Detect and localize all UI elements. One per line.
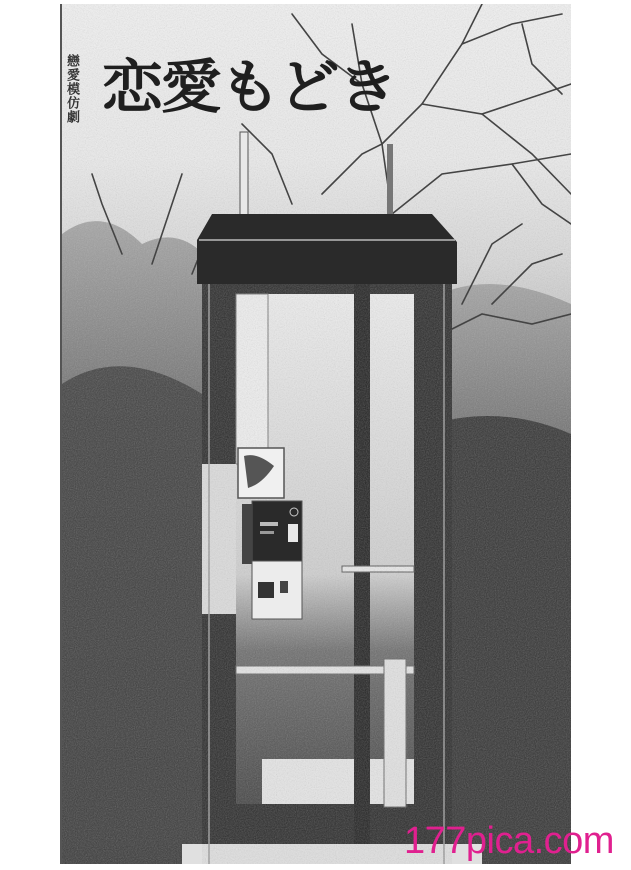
watermark-text: 177pica.com bbox=[404, 822, 614, 860]
telephone-booth bbox=[182, 214, 482, 864]
booth-pole bbox=[240, 132, 248, 216]
page-title: 恋愛もどき bbox=[102, 58, 396, 116]
booth-pole-rear bbox=[387, 144, 393, 216]
illustration-panel bbox=[60, 4, 571, 864]
phone-booth-illustration bbox=[62, 4, 571, 864]
subtitle-vertical: 戀愛模仿劇 bbox=[64, 54, 78, 124]
